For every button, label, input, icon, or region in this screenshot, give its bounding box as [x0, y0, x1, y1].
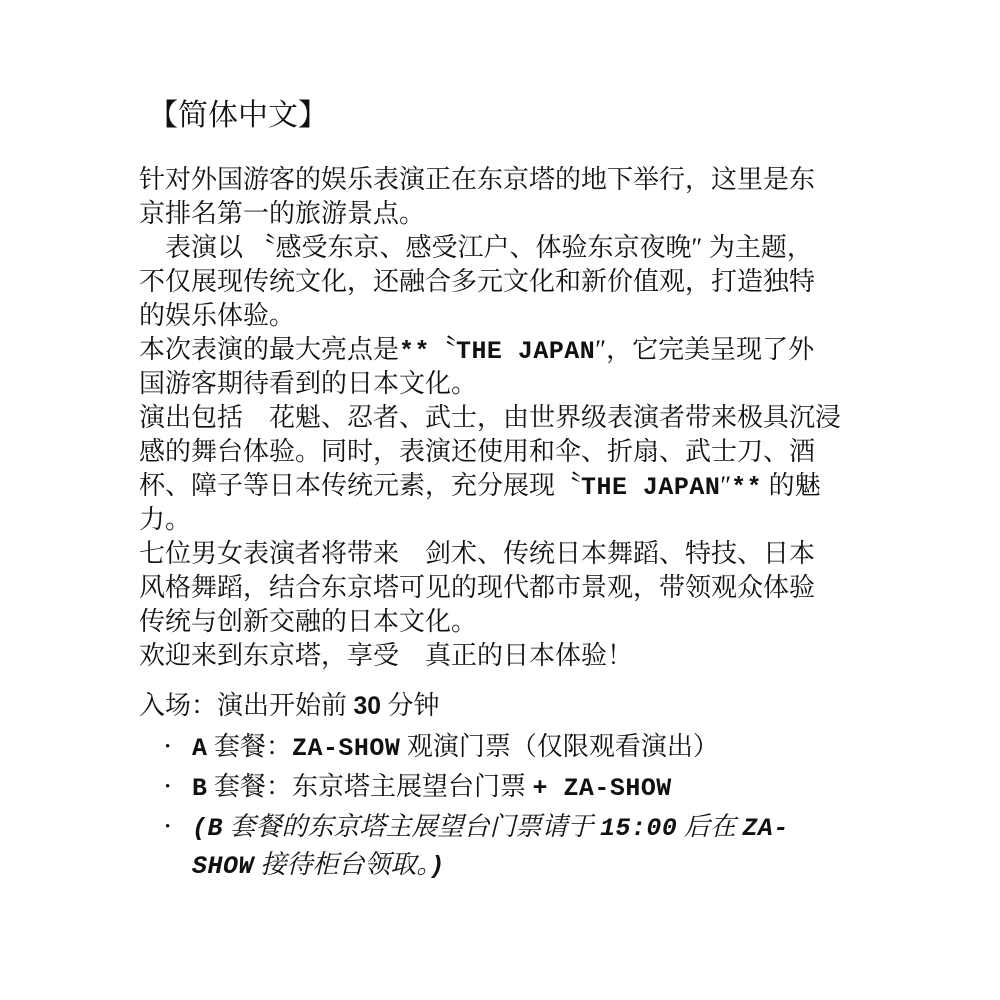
text-segment: 针对外国游客的娱乐表演正在东京塔的地下举行，这里是东 — [139, 165, 815, 194]
text-segment: ** — [399, 338, 430, 366]
text-line: 京排名第一的旅游景点。 — [139, 197, 919, 231]
text-line: 本次表演的最大亮点是**〝THE JAPAN″，它完美呈现了外 — [139, 333, 919, 367]
text-segment: 套餐： — [207, 732, 292, 761]
text-segment: ZA-SHOW — [292, 735, 400, 763]
text-segment: 的魅 — [762, 471, 821, 500]
text-segment: 欢迎来到东京塔，享受 真正的日本体验！ — [139, 641, 633, 670]
text-line: 欢迎来到东京塔，享受 真正的日本体验！ — [139, 639, 919, 673]
text-segment: 国游客期待看到的日本文化。 — [139, 369, 477, 398]
text-line: 风格舞蹈，结合东京塔可见的现代都市景观，带领观众体验 — [139, 571, 919, 605]
bullet-item: •A 套餐：ZA-SHOW 观演门票（仅限观看演出） — [139, 729, 939, 767]
text-segment: 接待柜台领取。 — [254, 850, 430, 879]
text-segment: 感的舞台体验。同时，表演还使用和伞、折扇、武士刀、酒 — [139, 437, 815, 466]
body-text: 针对外国游客的娱乐表演正在东京塔的地下举行，这里是东京排名第一的旅游景点。 表演… — [139, 163, 919, 673]
text-segment: ) — [429, 853, 444, 881]
text-segment: 15:00 — [600, 815, 677, 843]
text-segment: 〝 — [430, 335, 456, 364]
text-segment: ″ — [720, 471, 731, 500]
text-line: 感的舞台体验。同时，表演还使用和伞、折扇、武士刀、酒 — [139, 435, 919, 469]
text-line: SHOW 接待柜台领取。) — [192, 847, 939, 885]
text-segment: 后在 — [677, 812, 742, 841]
text-line: 七位男女表演者将带来 剑术、传统日本舞蹈、特技、日本 — [139, 537, 919, 571]
text-line: 杯、障子等日本传统元素，充分展现〝THE JAPAN″** 的魅 — [139, 469, 919, 503]
text-segment: 的娱乐体验。 — [139, 301, 295, 330]
text-segment: 本次表演的最大亮点是 — [139, 335, 399, 364]
bullet-item: •(B 套餐的东京塔主展望台门票请于 15:00 后在 ZA-SHOW 接待柜台… — [139, 809, 939, 885]
text-line: 的娱乐体验。 — [139, 299, 919, 333]
bullet-marker-icon: • — [165, 729, 170, 765]
text-segment: A — [192, 735, 207, 763]
text-line: (B 套餐的东京塔主展望台门票请于 15:00 后在 ZA- — [192, 809, 939, 847]
text-line: 针对外国游客的娱乐表演正在东京塔的地下举行，这里是东 — [139, 163, 919, 197]
text-segment: 入场：演出开始前 — [139, 691, 354, 720]
text-segment: 表演以 〝感受东京、感受江户、体验东京夜晚″ 为主题， — [139, 233, 813, 262]
text-segment: 京排名第一的旅游景点。 — [139, 199, 425, 228]
text-line: 演出包括 花魁、忍者、武士，由世界级表演者带来极具沉浸 — [139, 401, 919, 435]
bullet-item: •B 套餐：东京塔主展望台门票 + ZA-SHOW — [139, 769, 939, 807]
text-line: 国游客期待看到的日本文化。 — [139, 367, 919, 401]
text-segment: ZA- — [742, 815, 788, 843]
text-segment: 分钟 — [381, 691, 440, 720]
text-segment: THE JAPAN — [456, 338, 595, 366]
text-segment: ** — [731, 474, 762, 502]
text-line: A 套餐：ZA-SHOW 观演门票（仅限观看演出） — [192, 729, 939, 767]
document-page: 【简体中文】 针对外国游客的娱乐表演正在东京塔的地下举行，这里是东京排名第一的旅… — [0, 0, 1000, 1000]
text-segment: 演出包括 花魁、忍者、武士，由世界级表演者带来极具沉浸 — [139, 403, 841, 432]
text-segment: 套餐：东京塔主展望台门票 — [207, 772, 532, 801]
text-line: 传统与创新交融的日本文化。 — [139, 605, 919, 639]
text-line: B 套餐：东京塔主展望台门票 + ZA-SHOW — [192, 769, 939, 807]
admission-line: 入场：演出开始前 30 分钟 — [139, 689, 919, 723]
text-line: 入场：演出开始前 30 分钟 — [139, 689, 919, 723]
text-segment: 风格舞蹈，结合东京塔可见的现代都市景观，带领观众体验 — [139, 573, 815, 602]
text-segment: 〝 — [555, 471, 581, 500]
text-segment: 传统与创新交融的日本文化。 — [139, 607, 477, 636]
text-segment: 不仅展现传统文化，还融合多元文化和新价值观，打造独特 — [139, 267, 815, 296]
text-line: 力。 — [139, 503, 919, 537]
bullet-list: •A 套餐：ZA-SHOW 观演门票（仅限观看演出）•B 套餐：东京塔主展望台门… — [139, 729, 939, 887]
text-segment: + ZA-SHOW — [533, 775, 672, 803]
text-line: 表演以 〝感受东京、感受江户、体验东京夜晚″ 为主题， — [139, 231, 919, 265]
text-segment: 力。 — [139, 505, 191, 534]
text-segment: 套餐的东京塔主展望台门票请于 — [223, 812, 600, 841]
text-segment: 30 — [354, 693, 381, 720]
text-segment: ″，它完美呈现了外 — [595, 335, 814, 364]
bullet-marker-icon: • — [165, 769, 170, 805]
text-segment: 杯、障子等日本传统元素，充分展现 — [139, 471, 555, 500]
text-segment: 观演门票（仅限观看演出） — [400, 732, 719, 761]
text-segment: SHOW — [192, 853, 254, 881]
page-title: 【简体中文】 — [148, 96, 328, 136]
text-segment: 七位男女表演者将带来 剑术、传统日本舞蹈、特技、日本 — [139, 539, 815, 568]
text-segment: THE JAPAN — [581, 474, 720, 502]
bullet-marker-icon: • — [165, 809, 170, 845]
text-segment: (B — [192, 815, 223, 843]
text-segment: B — [192, 775, 207, 803]
text-line: 不仅展现传统文化，还融合多元文化和新价值观，打造独特 — [139, 265, 919, 299]
